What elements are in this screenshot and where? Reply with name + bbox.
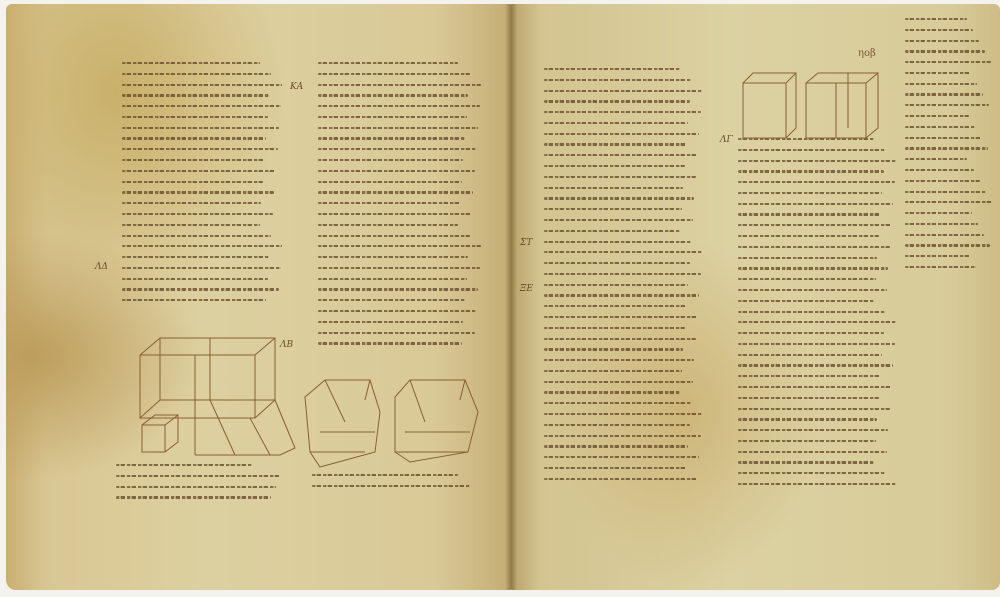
- handwritten-line: [738, 289, 887, 291]
- handwritten-line: [905, 50, 985, 52]
- margin-label: ΞΕ: [520, 284, 533, 294]
- handwritten-line: [122, 191, 274, 193]
- handwritten-line: [544, 154, 698, 156]
- handwritten-line: [905, 83, 977, 85]
- handwritten-line: [738, 278, 876, 280]
- handwritten-line: [318, 288, 478, 290]
- handwritten-line: [544, 424, 690, 426]
- handwritten-line: [318, 73, 470, 75]
- handwritten-line: [122, 245, 282, 247]
- handwritten-line: [318, 224, 458, 226]
- handwritten-line: [738, 257, 877, 259]
- handwritten-line: [122, 127, 279, 129]
- handwritten-line: [544, 435, 701, 437]
- handwritten-line: [318, 170, 475, 172]
- handwritten-line: [122, 116, 268, 118]
- handwritten-line: [738, 418, 877, 420]
- handwritten-line: [738, 300, 874, 302]
- handwritten-line: [738, 149, 885, 151]
- handwritten-line: [738, 321, 896, 323]
- handwritten-line: [318, 84, 481, 86]
- handwritten-line: [544, 208, 682, 210]
- handwritten-line: [738, 213, 880, 215]
- handwritten-line: [905, 61, 991, 63]
- handwritten-line: [318, 235, 470, 237]
- handwritten-line: [544, 197, 694, 199]
- handwritten-line: [544, 478, 698, 480]
- handwritten-line: [318, 310, 476, 312]
- figure-boxes-left: [130, 330, 300, 465]
- handwritten-line: [544, 467, 686, 469]
- handwritten-line: [738, 483, 896, 485]
- left-column-2-bottom-text: [312, 474, 484, 496]
- handwritten-line: [738, 267, 888, 269]
- margin-label: ΚΑ: [290, 82, 303, 92]
- handwritten-line: [905, 104, 989, 106]
- handwritten-line: [544, 230, 680, 232]
- handwritten-line: [122, 202, 261, 204]
- manuscript-photo: ηοβ ΛΔ ΚΑ ΣΤ ΞΕ ΛΒ ΛΓ: [0, 0, 1000, 597]
- handwritten-line: [905, 18, 967, 20]
- handwritten-line: [544, 165, 685, 167]
- marginal-scholia: [905, 18, 993, 277]
- handwritten-line: [905, 126, 975, 128]
- handwritten-line: [738, 235, 879, 237]
- handwritten-line: [738, 354, 882, 356]
- handwritten-line: [738, 332, 884, 334]
- handwritten-line: [738, 160, 896, 162]
- handwritten-line: [738, 246, 890, 248]
- figure-prisms: [300, 372, 485, 472]
- handwritten-line: [318, 137, 465, 139]
- handwritten-line: [122, 224, 260, 226]
- handwritten-line: [738, 364, 893, 366]
- handwritten-line: [544, 338, 696, 340]
- handwritten-line: [738, 408, 890, 410]
- handwritten-line: [905, 180, 980, 182]
- handwritten-line: [905, 115, 969, 117]
- handwritten-line: [544, 100, 690, 102]
- handwritten-line: [122, 94, 269, 96]
- figure-cubes-right: [738, 68, 883, 143]
- margin-label: ΛΔ: [95, 262, 108, 272]
- handwritten-line: [738, 440, 876, 442]
- handwritten-line: [738, 192, 882, 194]
- handwritten-line: [318, 321, 463, 323]
- handwritten-line: [544, 90, 702, 92]
- left-column-1-bottom-text: [116, 464, 286, 507]
- handwritten-line: [122, 235, 271, 237]
- handwritten-line: [905, 244, 990, 246]
- handwritten-line: [318, 116, 467, 118]
- handwritten-line: [905, 191, 986, 193]
- handwritten-line: [544, 187, 683, 189]
- handwritten-line: [544, 133, 699, 135]
- handwritten-line: [318, 148, 476, 150]
- handwritten-line: [122, 148, 278, 150]
- handwritten-line: [122, 288, 279, 290]
- handwritten-line: [312, 485, 470, 487]
- handwritten-line: [905, 40, 979, 42]
- handwritten-line: [122, 299, 266, 301]
- handwritten-line: [544, 381, 693, 383]
- handwritten-line: [905, 234, 984, 236]
- handwritten-line: [544, 273, 701, 275]
- handwritten-line: [318, 159, 463, 161]
- margin-label: ΣΤ: [520, 238, 532, 248]
- handwritten-line: [738, 375, 880, 377]
- handwritten-line: [905, 266, 976, 268]
- handwritten-line: [318, 267, 480, 269]
- handwritten-line: [116, 496, 271, 498]
- book-gutter: [505, 4, 517, 590]
- handwritten-line: [122, 137, 266, 139]
- handwritten-line: [544, 316, 698, 318]
- handwritten-line: [122, 256, 269, 258]
- handwritten-line: [122, 181, 263, 183]
- handwritten-line: [544, 445, 688, 447]
- handwritten-line: [544, 370, 682, 372]
- margin-label: ΛΒ: [280, 340, 293, 350]
- handwritten-line: [122, 62, 260, 64]
- right-column-1-text: [544, 68, 704, 488]
- handwritten-line: [312, 474, 458, 476]
- handwritten-line: [544, 327, 685, 329]
- handwritten-line: [544, 176, 696, 178]
- handwritten-line: [544, 284, 688, 286]
- handwritten-line: [738, 224, 892, 226]
- handwritten-line: [318, 105, 480, 107]
- handwritten-line: [122, 105, 281, 107]
- handwritten-line: [738, 203, 893, 205]
- handwritten-line: [318, 245, 481, 247]
- handwritten-line: [905, 93, 983, 95]
- handwritten-line: [905, 147, 988, 149]
- handwritten-line: [318, 299, 465, 301]
- handwritten-line: [544, 143, 686, 145]
- handwritten-line: [544, 413, 702, 415]
- handwritten-line: [544, 305, 686, 307]
- handwritten-line: [544, 122, 688, 124]
- handwritten-line: [544, 251, 702, 253]
- handwritten-line: [905, 137, 982, 139]
- handwritten-line: [738, 429, 888, 431]
- handwritten-line: [738, 397, 879, 399]
- handwritten-line: [905, 223, 978, 225]
- left-column-2-text: [318, 62, 483, 353]
- handwritten-line: [122, 278, 268, 280]
- handwritten-line: [318, 94, 468, 96]
- handwritten-line: [738, 170, 884, 172]
- handwritten-line: [738, 181, 895, 183]
- handwritten-line: [544, 79, 691, 81]
- handwritten-line: [738, 343, 895, 345]
- folio-number: ηοβ: [858, 48, 876, 59]
- handwritten-line: [318, 127, 478, 129]
- handwritten-line: [905, 201, 992, 203]
- handwritten-line: [544, 402, 691, 404]
- handwritten-line: [318, 278, 467, 280]
- handwritten-line: [544, 391, 680, 393]
- handwritten-line: [122, 84, 282, 86]
- handwritten-line: [544, 294, 699, 296]
- handwritten-line: [738, 451, 887, 453]
- left-column-1-text: [122, 62, 284, 310]
- handwritten-line: [544, 68, 680, 70]
- handwritten-line: [544, 111, 701, 113]
- handwritten-line: [318, 256, 468, 258]
- handwritten-line: [905, 255, 970, 257]
- handwritten-line: [905, 72, 971, 74]
- handwritten-line: [738, 386, 892, 388]
- handwritten-line: [544, 456, 699, 458]
- handwritten-line: [318, 181, 462, 183]
- handwritten-line: [122, 213, 273, 215]
- handwritten-line: [738, 472, 885, 474]
- handwritten-line: [738, 461, 874, 463]
- handwritten-line: [122, 267, 281, 269]
- handwritten-line: [122, 170, 276, 172]
- handwritten-line: [905, 29, 973, 31]
- handwritten-line: [544, 262, 690, 264]
- handwritten-line: [116, 486, 276, 488]
- right-column-2-text: [738, 138, 898, 494]
- handwritten-line: [318, 202, 460, 204]
- handwritten-line: [905, 169, 974, 171]
- handwritten-line: [318, 332, 475, 334]
- handwritten-line: [905, 212, 972, 214]
- handwritten-line: [544, 241, 691, 243]
- handwritten-line: [318, 342, 462, 344]
- margin-label: ΛΓ: [720, 135, 733, 145]
- handwritten-line: [122, 73, 271, 75]
- handwritten-line: [116, 475, 281, 477]
- handwritten-line: [544, 348, 683, 350]
- handwritten-line: [318, 191, 473, 193]
- handwritten-line: [544, 359, 694, 361]
- handwritten-line: [544, 219, 693, 221]
- handwritten-line: [318, 213, 471, 215]
- handwritten-line: [905, 158, 967, 160]
- handwritten-line: [318, 62, 458, 64]
- handwritten-line: [122, 159, 265, 161]
- handwritten-line: [738, 311, 885, 313]
